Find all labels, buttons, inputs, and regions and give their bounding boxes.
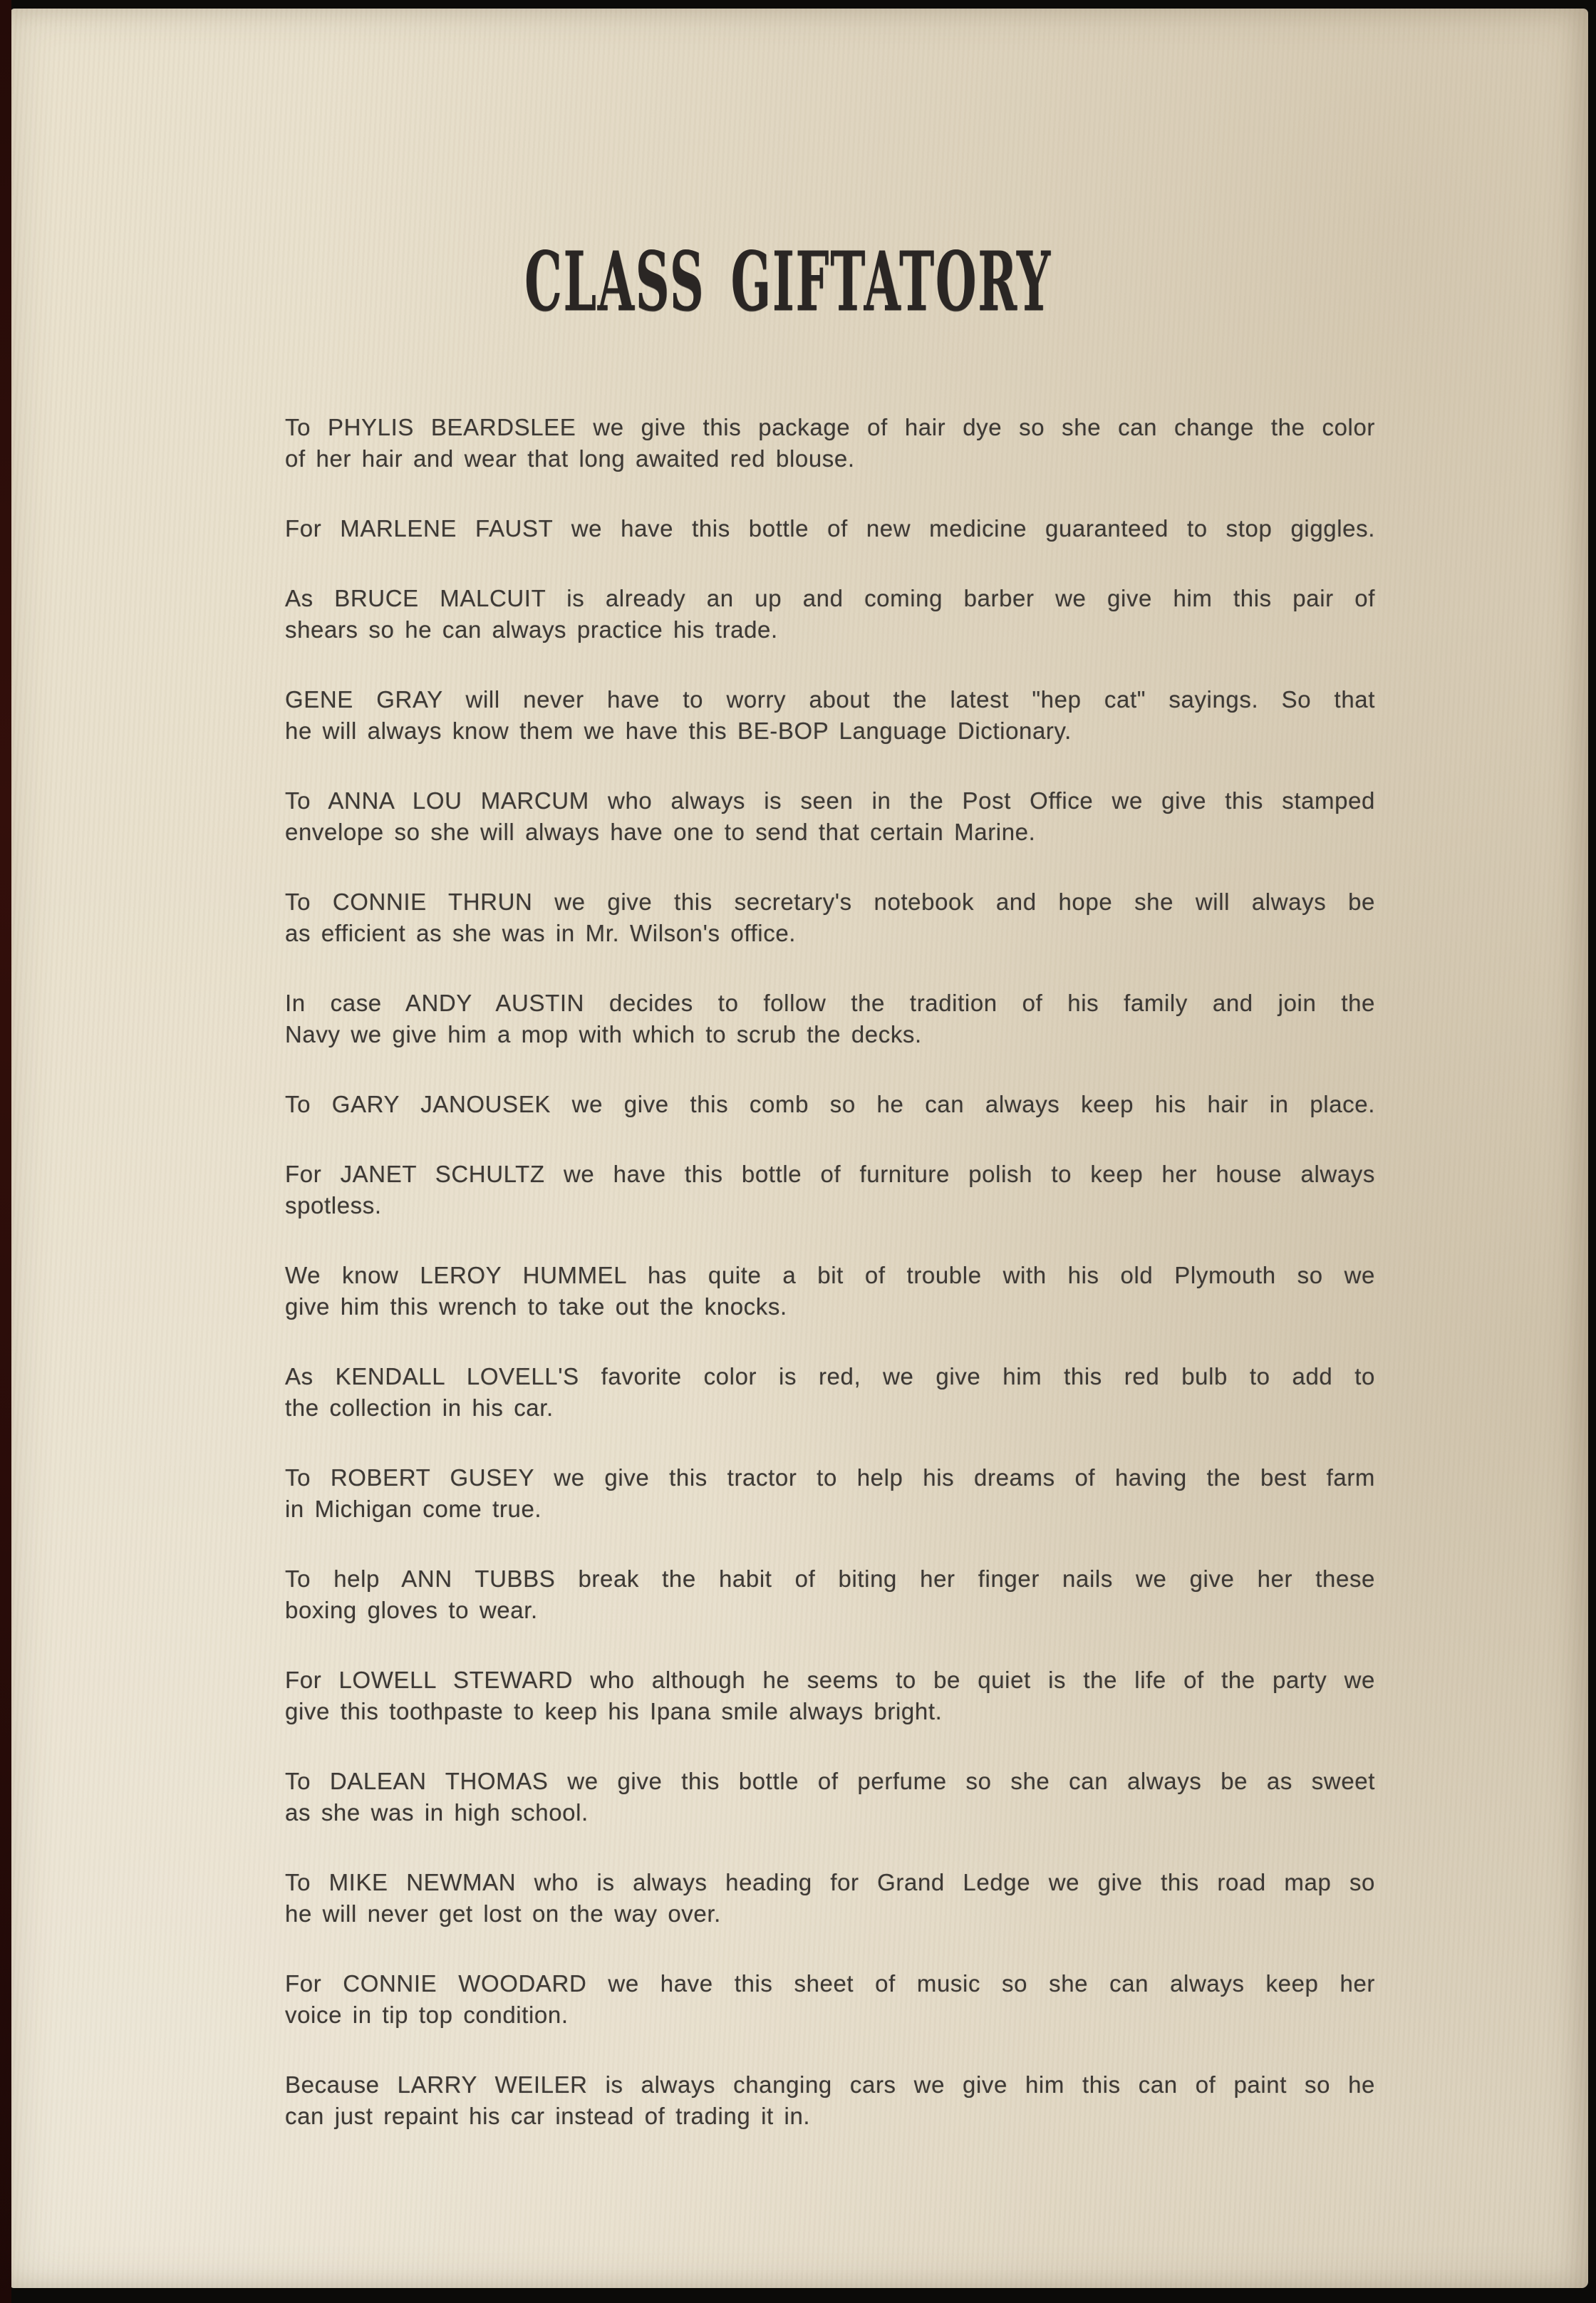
text-line: he will always know them we have this BE…	[285, 715, 1375, 747]
text-line: GENE GRAY will never have to worry about…	[285, 684, 1375, 715]
scanned-yearbook-photo: CLASS GIFTATORY To PHYLIS BEARDSLEE we g…	[0, 0, 1596, 2303]
text-line: he will never get lost on the way over.	[285, 1898, 1375, 1930]
text-line: To GARY JANOUSEK we give this comb so he…	[285, 1089, 1375, 1120]
text-line: As KENDALL LOVELL'S favorite color is re…	[285, 1361, 1375, 1392]
text-line: To DALEAN THOMAS we give this bottle of …	[285, 1766, 1375, 1797]
text-line: We know LEROY HUMMEL has quite a bit of …	[285, 1260, 1375, 1291]
text-line: as efficient as she was in Mr. Wilson's …	[285, 918, 1375, 949]
text-line: envelope so she will always have one to …	[285, 817, 1375, 848]
text-line: To MIKE NEWMAN who is always heading for…	[285, 1867, 1375, 1898]
giftatory-paragraph: In case ANDY AUSTIN decides to follow th…	[285, 988, 1375, 1050]
giftatory-paragraph: To ROBERT GUSEY we give this tractor to …	[285, 1462, 1375, 1525]
giftatory-paragraph: As KENDALL LOVELL'S favorite color is re…	[285, 1361, 1375, 1424]
page-title: CLASS GIFTATORY	[524, 234, 1052, 329]
text-line: For JANET SCHULTZ we have this bottle of…	[285, 1159, 1375, 1190]
giftatory-paragraph: Because LARRY WEILER is always changing …	[285, 2069, 1375, 2132]
text-line: To ROBERT GUSEY we give this tractor to …	[285, 1462, 1375, 1494]
giftatory-paragraph: To ANNA LOU MARCUM who always is seen in…	[285, 785, 1375, 848]
text-line: spotless.	[285, 1190, 1375, 1221]
text-line: For CONNIE WOODARD we have this sheet of…	[285, 1968, 1375, 1999]
giftatory-paragraph: For LOWELL STEWARD who although he seems…	[285, 1665, 1375, 1727]
text-line: give this toothpaste to keep his Ipana s…	[285, 1696, 1375, 1727]
text-line: as she was in high school.	[285, 1797, 1375, 1828]
text-line: To CONNIE THRUN we give this secretary's…	[285, 886, 1375, 918]
text-line: boxing gloves to wear.	[285, 1595, 1375, 1626]
text-line: To help ANN TUBBS break the habit of bit…	[285, 1563, 1375, 1595]
text-line: For MARLENE FAUST we have this bottle of…	[285, 513, 1375, 544]
text-line: To ANNA LOU MARCUM who always is seen in…	[285, 785, 1375, 817]
giftatory-paragraph: As BRUCE MALCUIT is already an up and co…	[285, 583, 1375, 646]
text-line: For LOWELL STEWARD who although he seems…	[285, 1665, 1375, 1696]
giftatory-paragraph: For JANET SCHULTZ we have this bottle of…	[285, 1159, 1375, 1221]
giftatory-paragraph: To GARY JANOUSEK we give this comb so he…	[285, 1089, 1375, 1120]
text-line: in Michigan come true.	[285, 1494, 1375, 1525]
giftatory-paragraph: To help ANN TUBBS break the habit of bit…	[285, 1563, 1375, 1626]
giftatory-paragraph: We know LEROY HUMMEL has quite a bit of …	[285, 1260, 1375, 1323]
text-line: of her hair and wear that long awaited r…	[285, 443, 1375, 475]
text-line: can just repaint his car instead of trad…	[285, 2101, 1375, 2132]
giftatory-paragraph: For MARLENE FAUST we have this bottle of…	[285, 513, 1375, 544]
giftatory-paragraph: To MIKE NEWMAN who is always heading for…	[285, 1867, 1375, 1930]
giftatory-paragraph: For CONNIE WOODARD we have this sheet of…	[285, 1968, 1375, 2031]
text-line: shears so he can always practice his tra…	[285, 614, 1375, 646]
giftatory-paragraph: To PHYLIS BEARDSLEE we give this package…	[285, 412, 1375, 475]
text-line: To PHYLIS BEARDSLEE we give this package…	[285, 412, 1375, 443]
text-line: Navy we give him a mop with which to scr…	[285, 1019, 1375, 1050]
yearbook-page: CLASS GIFTATORY To PHYLIS BEARDSLEE we g…	[11, 9, 1588, 2288]
text-line: As BRUCE MALCUIT is already an up and co…	[285, 583, 1375, 614]
text-line: the collection in his car.	[285, 1392, 1375, 1424]
text-line: give him this wrench to take out the kno…	[285, 1291, 1375, 1323]
text-line: Because LARRY WEILER is always changing …	[285, 2069, 1375, 2101]
text-line: In case ANDY AUSTIN decides to follow th…	[285, 988, 1375, 1019]
giftatory-paragraph: GENE GRAY will never have to worry about…	[285, 684, 1375, 747]
paragraph-list: To PHYLIS BEARDSLEE we give this package…	[285, 412, 1375, 2170]
giftatory-paragraph: To CONNIE THRUN we give this secretary's…	[285, 886, 1375, 949]
book-spine-edge	[0, 0, 11, 2303]
text-line: voice in tip top condition.	[285, 1999, 1375, 2031]
giftatory-paragraph: To DALEAN THOMAS we give this bottle of …	[285, 1766, 1375, 1828]
